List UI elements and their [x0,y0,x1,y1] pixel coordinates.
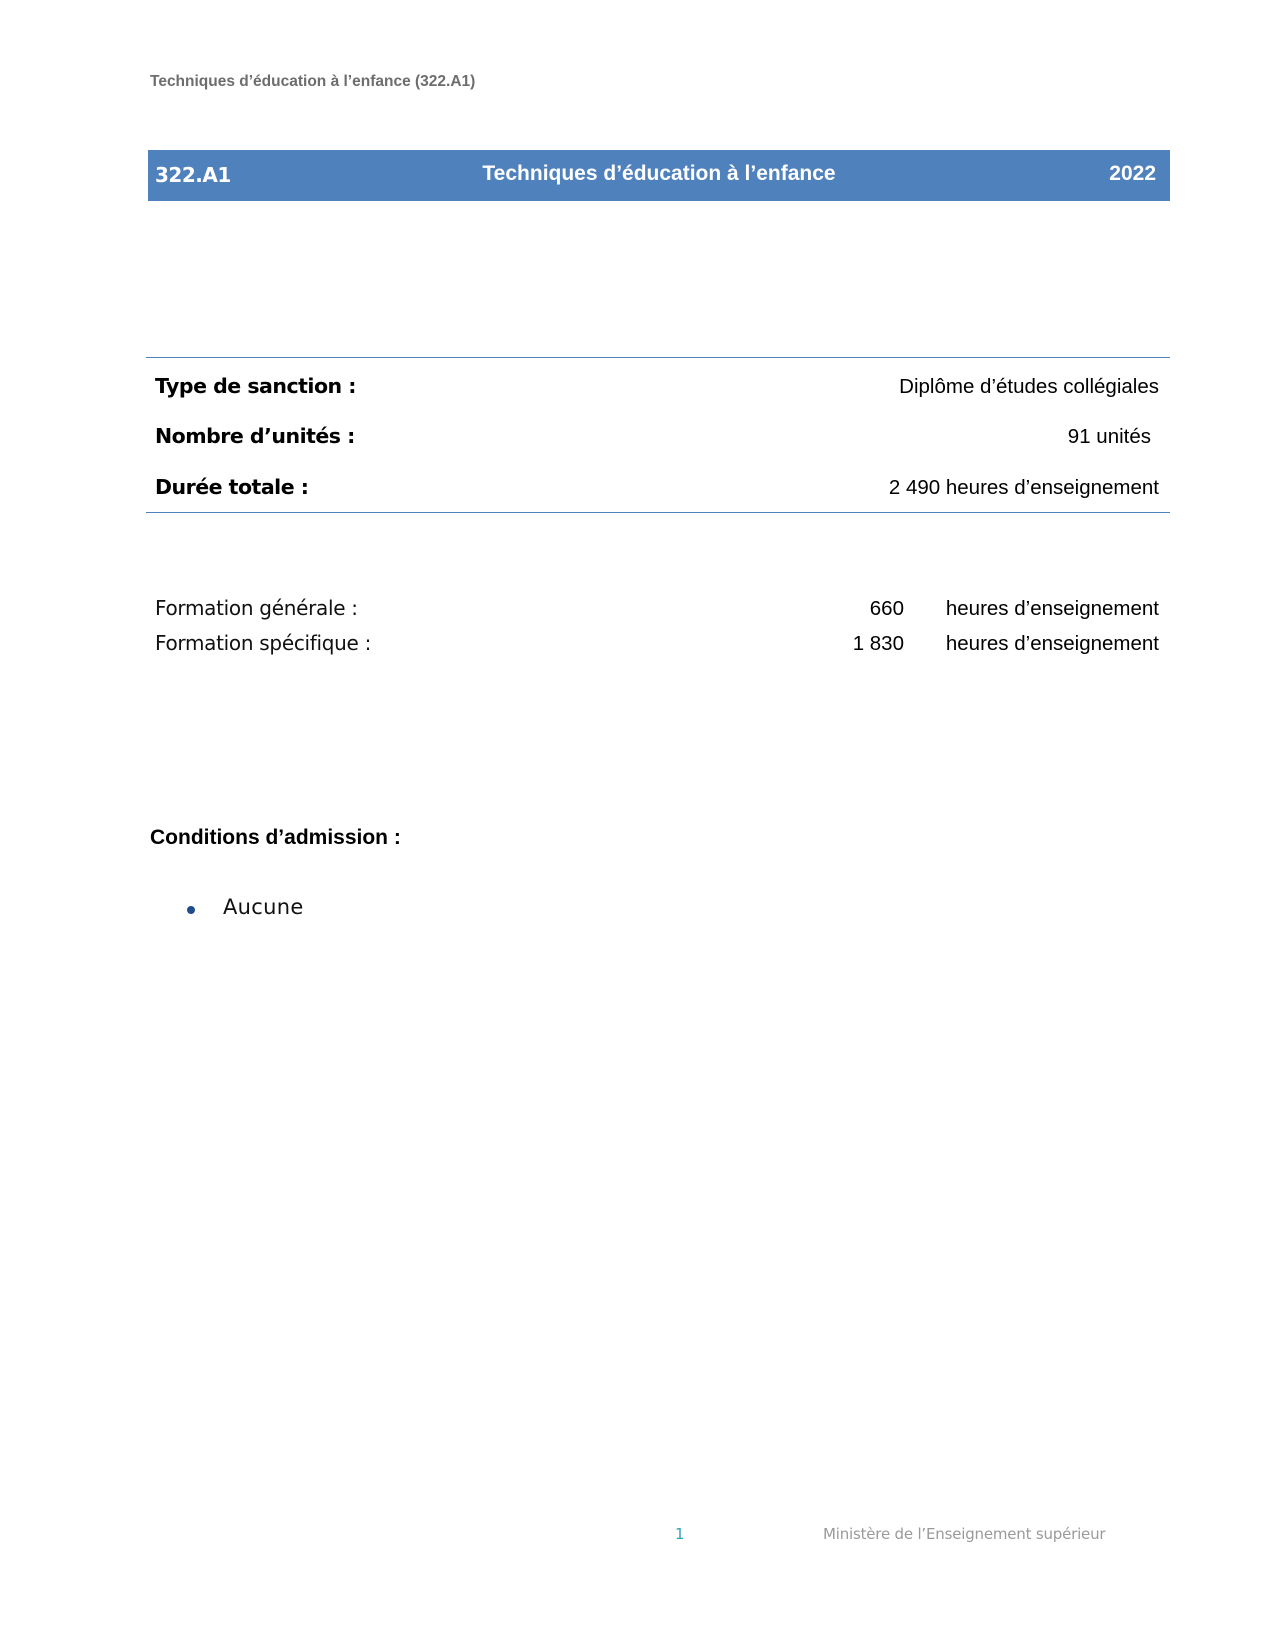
formation-hours-specific: 1 830 [853,632,904,656]
admission-heading: Conditions d’admission : [150,826,401,850]
summary-value-duration: 2 490 heures d’enseignement [889,476,1159,500]
summary-bottom-rule [146,512,1170,513]
page-number: 1 [675,1525,685,1543]
summary-label-units: Nombre d’unités : [155,424,355,448]
program-title: Techniques d’éducation à l’enfance [148,162,1170,186]
formation-unit-general: heures d’enseignement [946,597,1159,621]
formation-unit-specific: heures d’enseignement [946,632,1159,656]
summary-value-sanction: Diplôme d’études collégiales [899,375,1159,399]
bullet-icon [187,906,195,914]
running-header: Techniques d’éducation à l’enfance (322.… [150,73,475,91]
formation-label-specific: Formation spécifique : [155,631,371,655]
summary-label-duration: Durée totale : [155,475,308,499]
summary-label-sanction: Type de sanction : [155,374,356,398]
program-banner: 322.A1 Techniques d’éducation à l’enfanc… [148,150,1170,201]
summary-value-units: 91 unités [1068,425,1151,449]
admission-item: Aucune [223,895,304,919]
formation-label-general: Formation générale : [155,596,358,620]
summary-top-rule [146,357,1170,358]
program-year: 2022 [1109,162,1156,186]
formation-hours-general: 660 [870,597,904,621]
footer-organization: Ministère de l’Enseignement supérieur [823,1525,1105,1543]
